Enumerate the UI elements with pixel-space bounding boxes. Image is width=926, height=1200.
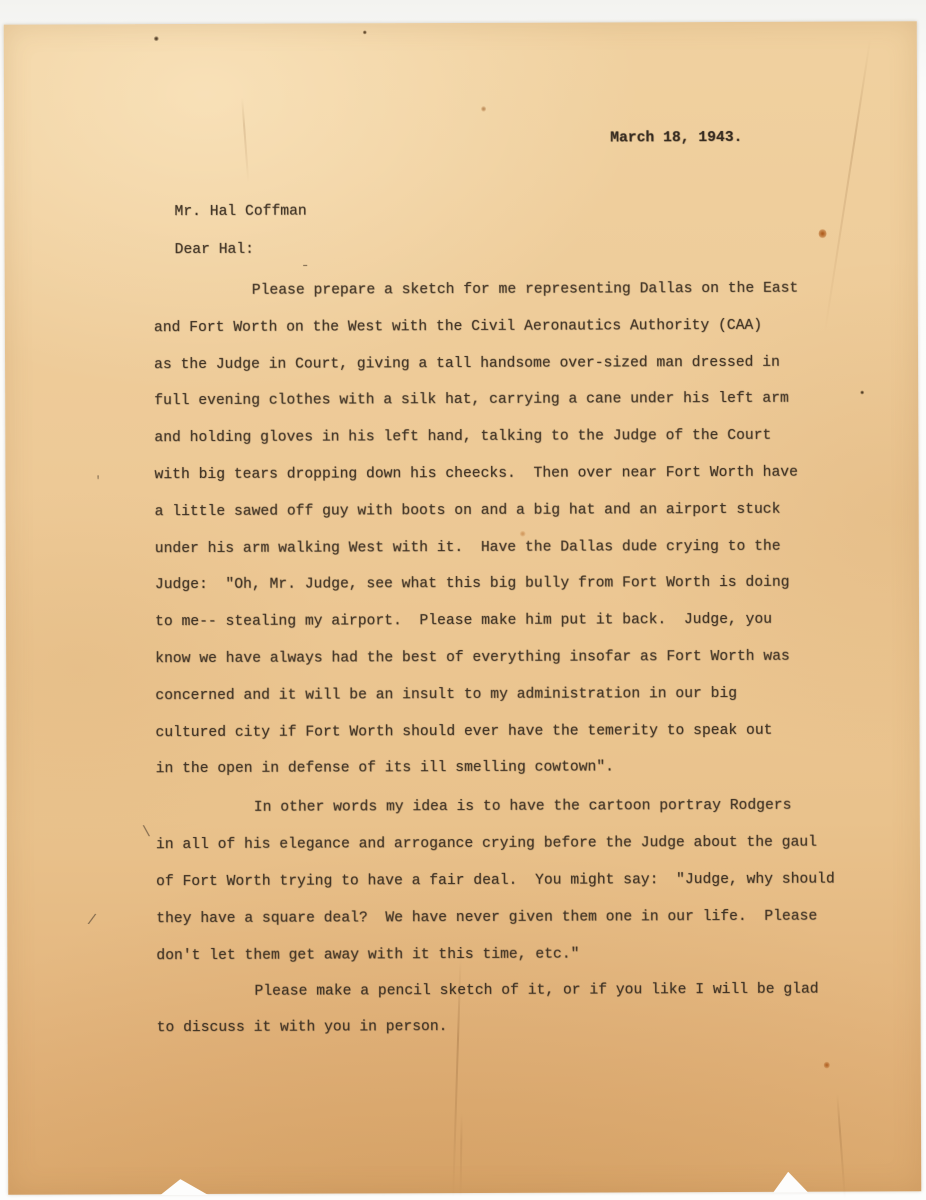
date-line: March 18, 1943. (610, 130, 742, 147)
pencil-mark: \ (142, 824, 151, 841)
rust-stain (819, 229, 827, 239)
rust-stain (824, 1062, 830, 1069)
paper-crease (460, 1113, 463, 1198)
paper-crease (836, 1094, 845, 1199)
letter-line: under his arm walking West with it. Have… (155, 528, 875, 568)
letter-line: in the open in defense of its ill smelli… (156, 749, 876, 789)
pencil-mark: / (86, 912, 97, 930)
paragraph-3: Please make a pencil sketch of it, or if… (156, 972, 876, 1046)
pencil-mark: - (301, 258, 310, 275)
letter-line: know we have always had the best of ever… (155, 638, 875, 678)
paper-notch (160, 1179, 208, 1195)
dark-speck (363, 30, 367, 34)
letter-line: as the Judge in Court, giving a tall han… (154, 344, 874, 384)
recipient-line: Mr. Hal Coffman (174, 204, 306, 221)
letter-line: to discuss it with you in person. (157, 1008, 877, 1046)
letter-line: In other words my idea is to have the ca… (156, 787, 876, 827)
letter-line: of Fort Worth trying to have a fair deal… (156, 861, 876, 901)
letter-line: in all of his elegance and arrogance cry… (156, 824, 876, 864)
dark-speck (154, 36, 159, 41)
letter-page: March 18, 1943. Mr. Hal Coffman Dear Hal… (4, 21, 921, 1194)
letter-line: Please make a pencil sketch of it, or if… (156, 972, 876, 1010)
letter-line: full evening clothes with a silk hat, ca… (154, 381, 874, 421)
letter-line: Judge: "Oh, Mr. Judge, see what this big… (155, 565, 875, 605)
letter-line: Please prepare a sketch for me represent… (154, 270, 874, 310)
letter-line: cultured city if Fort Worth should ever … (155, 712, 875, 752)
letter-line: and holding gloves in his left hand, tal… (154, 418, 874, 458)
paragraph-1: Please prepare a sketch for me represent… (154, 270, 876, 788)
letter-line: don't let them get away with it this tim… (156, 935, 876, 975)
salutation-line: Dear Hal: (175, 242, 254, 258)
paragraph-2: In other words my idea is to have the ca… (156, 787, 877, 974)
letter-line: concerned and it will be an insult to my… (155, 675, 875, 715)
paper-notch (768, 1172, 808, 1193)
rust-stain (481, 106, 486, 112)
letter-line: a little sawed off guy with boots on and… (155, 491, 875, 531)
letter-line: and Fort Worth on the West with the Civi… (154, 307, 874, 347)
pencil-mark: ' (94, 474, 101, 488)
letter-line: to me-- stealing my airport. Please make… (155, 602, 875, 642)
letter-line: they have a square deal? We have never g… (156, 898, 876, 938)
paper-crease (241, 98, 249, 183)
scan-background: { "document": { "kind": "typewritten-let… (0, 0, 926, 1200)
letter-line: with big tears dropping down his cheecks… (154, 454, 874, 494)
